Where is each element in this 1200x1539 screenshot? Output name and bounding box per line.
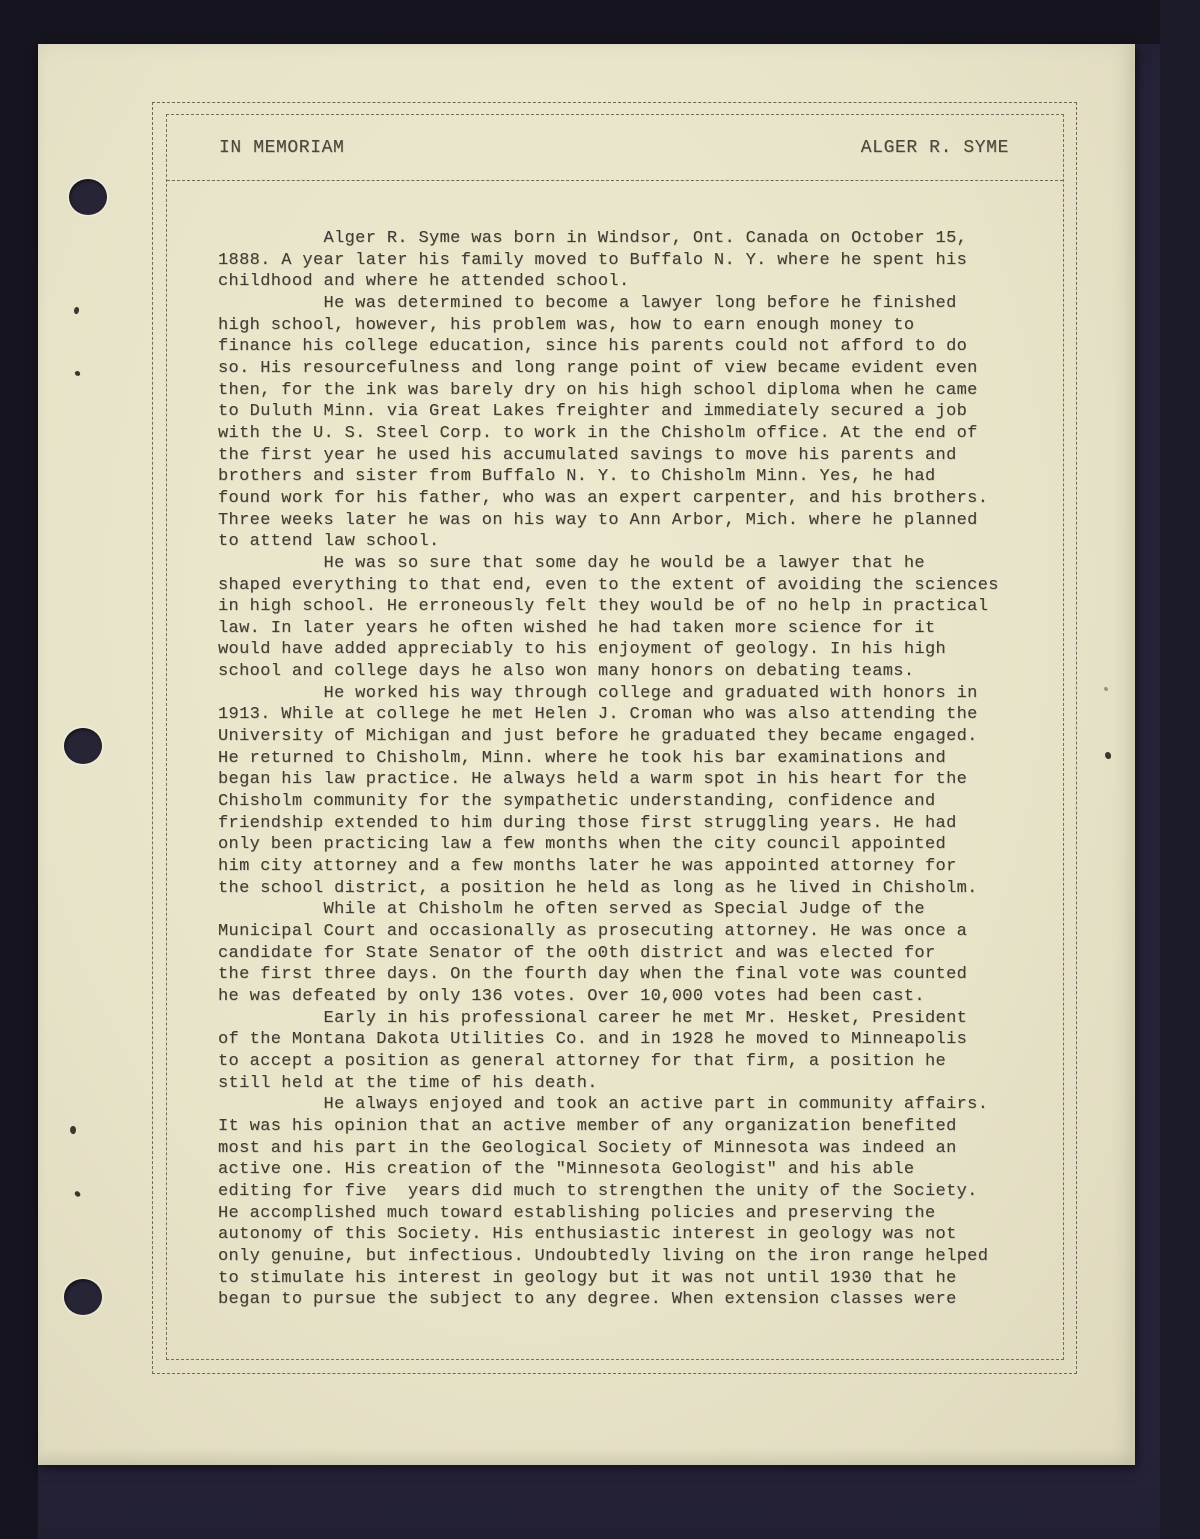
punch-hole-bottom	[64, 1279, 102, 1315]
background-top-band	[0, 0, 1200, 44]
punch-hole-top	[69, 179, 107, 215]
paragraph-birth: Alger R. Syme was born in Windsor, Ont. …	[218, 228, 1034, 293]
scan-background: IN MEMORIAM ALGER R. SYME Alger R. Syme …	[0, 0, 1200, 1539]
paper-speck	[1105, 752, 1111, 759]
paper-speck	[74, 1190, 81, 1198]
paragraph-early-career: He was determined to become a lawyer lon…	[218, 293, 1034, 553]
header-subject-name: ALGER R. SYME	[861, 138, 1009, 158]
paper-speck	[74, 370, 80, 376]
header-title: IN MEMORIAM	[219, 138, 344, 158]
paper-speck	[73, 306, 80, 314]
paragraph-community-geology: He always enjoyed and took an active par…	[218, 1094, 1034, 1311]
paragraph-judge-senator: While at Chisholm he often served as Spe…	[218, 899, 1034, 1007]
paragraph-minneapolis-move: Early in his professional career he met …	[218, 1008, 1034, 1095]
background-right-band	[1160, 0, 1200, 1539]
paragraph-college-law-practice: He worked his way through college and gr…	[218, 683, 1034, 900]
paper-speck	[69, 1126, 76, 1135]
punch-hole-middle	[64, 728, 102, 764]
paper-speck	[1104, 687, 1108, 691]
background-left-band	[0, 0, 38, 1539]
page-header: IN MEMORIAM ALGER R. SYME	[167, 115, 1063, 181]
document-page: IN MEMORIAM ALGER R. SYME Alger R. Syme …	[38, 44, 1135, 1465]
paragraph-lawyer-ambition: He was so sure that some day he would be…	[218, 553, 1034, 683]
memorial-text: Alger R. Syme was born in Windsor, Ont. …	[218, 228, 1034, 1311]
